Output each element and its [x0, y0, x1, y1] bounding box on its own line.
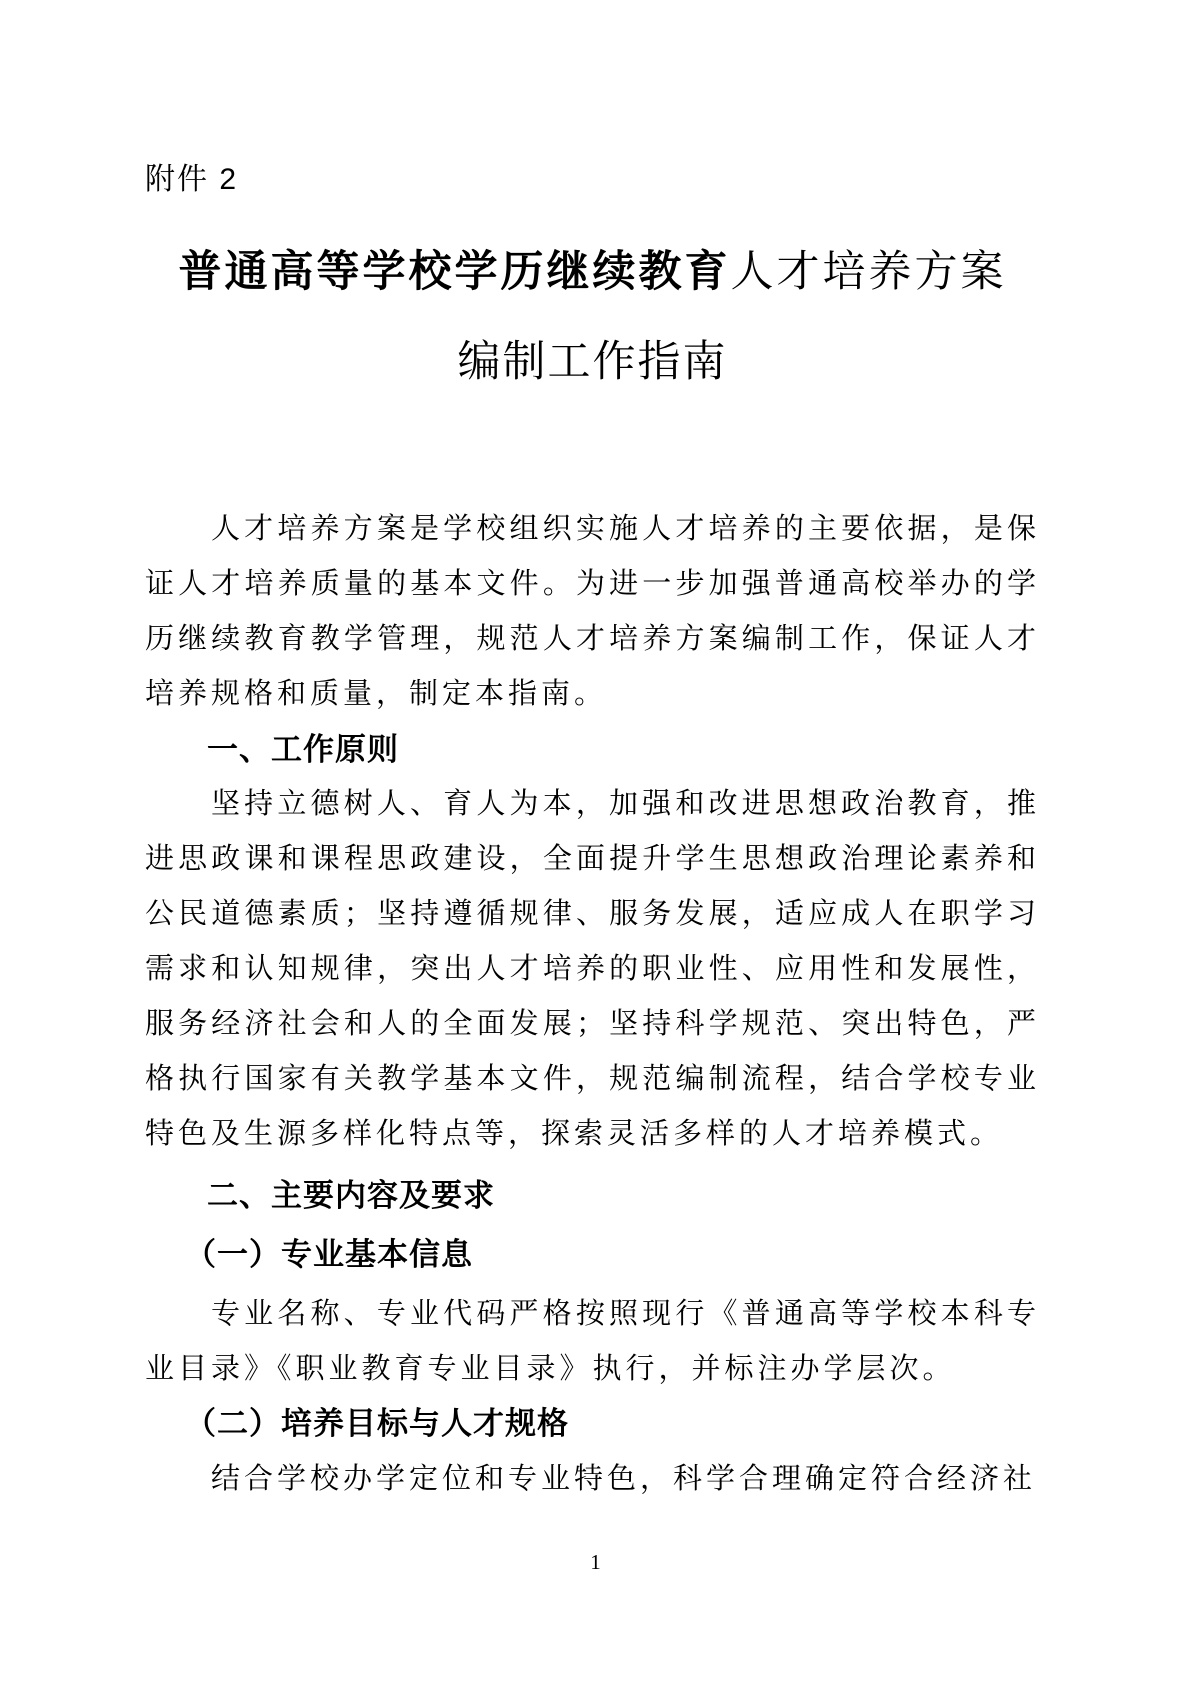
document-page: 附件 2 普通高等学校学历继续教育人才培养方案 编制工作指南 人才培养方案是学校… [0, 0, 1191, 1684]
attachment-label: 附件 2 [145, 160, 1040, 200]
section-1-paragraph: 坚持立德树人、育人为本，加强和改进思想政治教育，推进思政课和课程思政建设，全面提… [145, 777, 1040, 1162]
intro-paragraph: 人才培养方案是学校组织实施人才培养的主要依据，是保证人才培养质量的基本文件。为进… [145, 502, 1040, 722]
section-2-2-paragraph: 结合学校办学定位和专业特色，科学合理确定符合经济社 [145, 1452, 1040, 1507]
section-2-1-heading: （一）专业基本信息 [185, 1227, 1040, 1282]
document-title-line2: 编制工作指南 [145, 334, 1040, 392]
document-title-regular-segment: 人才培养方案 [731, 249, 1007, 296]
document-title-bold-segment: 普通高等学校学历继续教育 [179, 249, 731, 296]
section-1-heading: 一、工作原则 [207, 722, 1040, 777]
document-title-line1: 普通高等学校学历继续教育人才培养方案 [145, 244, 1040, 302]
section-2-heading: 二、主要内容及要求 [207, 1168, 1040, 1223]
section-2-1-paragraph: 专业名称、专业代码严格按照现行《普通高等学校本科专业目录》《职业教育专业目录》执… [145, 1287, 1040, 1397]
page-number: 1 [0, 1548, 1191, 1576]
section-2-2-heading: （二）培养目标与人才规格 [185, 1396, 1040, 1451]
